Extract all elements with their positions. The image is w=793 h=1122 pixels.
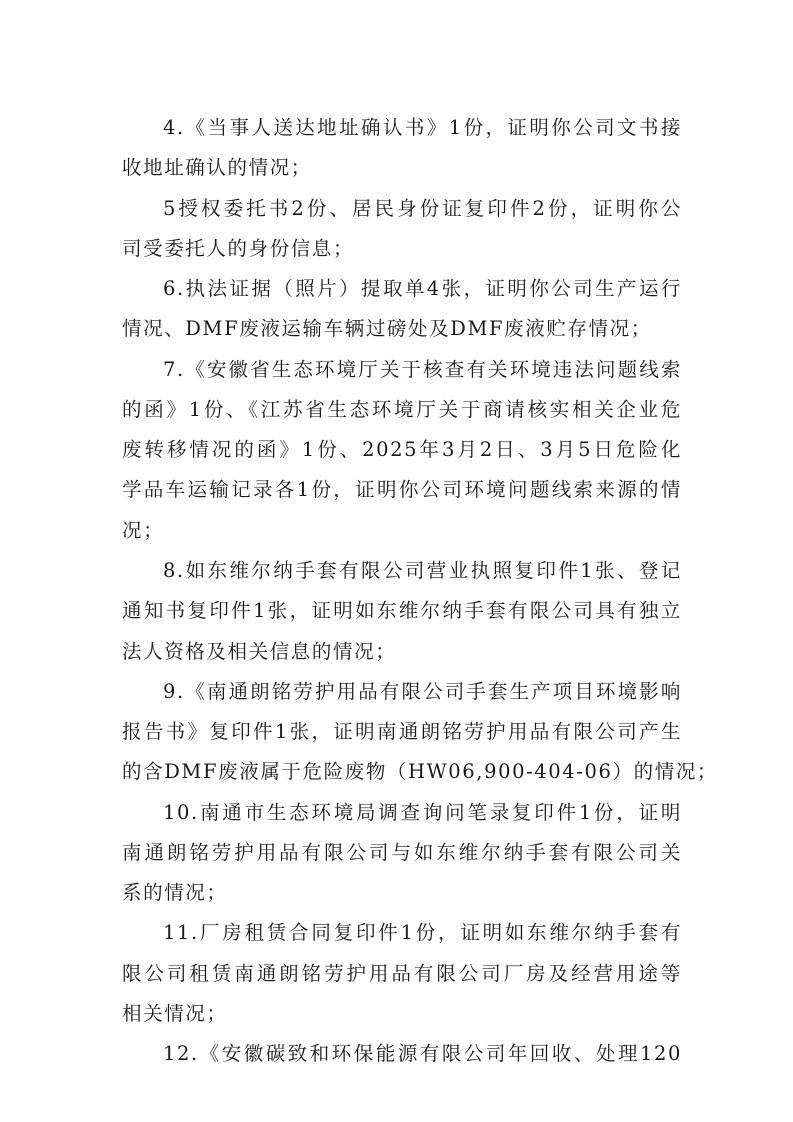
item-9-line-2: 报告书》复印件1张，证明南通朗铭劳护用品有限公司产生 xyxy=(122,712,682,752)
item-10-line-3: 系的情况； xyxy=(122,873,682,913)
item-10-line-2: 南通朗铭劳护用品有限公司与如东维尔纳手套有限公司关 xyxy=(122,833,682,873)
item-11-line-1: 11.厂房租赁合同复印件1份，证明如东维尔纳手套有 xyxy=(163,913,682,953)
item-7-line-5: 况； xyxy=(122,511,682,551)
item-8-line-1: 8.如东维尔纳手套有限公司营业执照复印件1张、登记 xyxy=(163,551,682,591)
item-11-line-2: 限公司租赁南通朗铭劳护用品有限公司厂房及经营用途等 xyxy=(122,954,682,994)
item-12-line-1: 12.《安徽碳致和环保能源有限公司年回收、处理120 xyxy=(163,1034,682,1074)
item-4-line-1: 4.《当事人送达地址确认书》1份，证明你公司文书接 xyxy=(163,108,682,148)
item-5-line-1: 5授权委托书2份、居民身份证复印件2份，证明你公 xyxy=(163,189,682,229)
item-8-line-3: 法人资格及相关信息的情况； xyxy=(122,632,682,672)
item-7-line-3: 废转移情况的函》1份、2025年3月2日、3月5日危险化 xyxy=(122,430,682,470)
item-6-line-1: 6.执法证据（照片）提取单4张，证明你公司生产运行 xyxy=(163,269,682,309)
item-6-line-2: 情况、DMF废液运输车辆过磅处及DMF废液贮存情况； xyxy=(122,309,682,349)
item-8-line-2: 通知书复印件1张，证明如东维尔纳手套有限公司具有独立 xyxy=(122,591,682,631)
item-7-line-4: 学品车运输记录各1份，证明你公司环境问题线索来源的情 xyxy=(122,470,682,510)
item-9-line-3: 的含DMF废液属于危险废物（HW06,900-404-06）的情况； xyxy=(122,752,682,792)
item-11-line-3: 相关情况； xyxy=(122,994,682,1034)
item-10-line-1: 10.南通市生态环境局调查询问笔录复印件1份，证明 xyxy=(163,793,682,833)
item-7-line-1: 7.《安徽省生态环境厅关于核查有关环境违法问题线索 xyxy=(163,350,682,390)
item-7-line-2: 的函》1份、《江苏省生态环境厅关于商请核实相关企业危 xyxy=(122,390,682,430)
item-5-line-2: 司受委托人的身份信息； xyxy=(122,229,682,269)
item-9-line-1: 9.《南通朗铭劳护用品有限公司手套生产项目环境影响 xyxy=(163,672,682,712)
item-4-line-2: 收地址确认的情况； xyxy=(122,148,682,188)
